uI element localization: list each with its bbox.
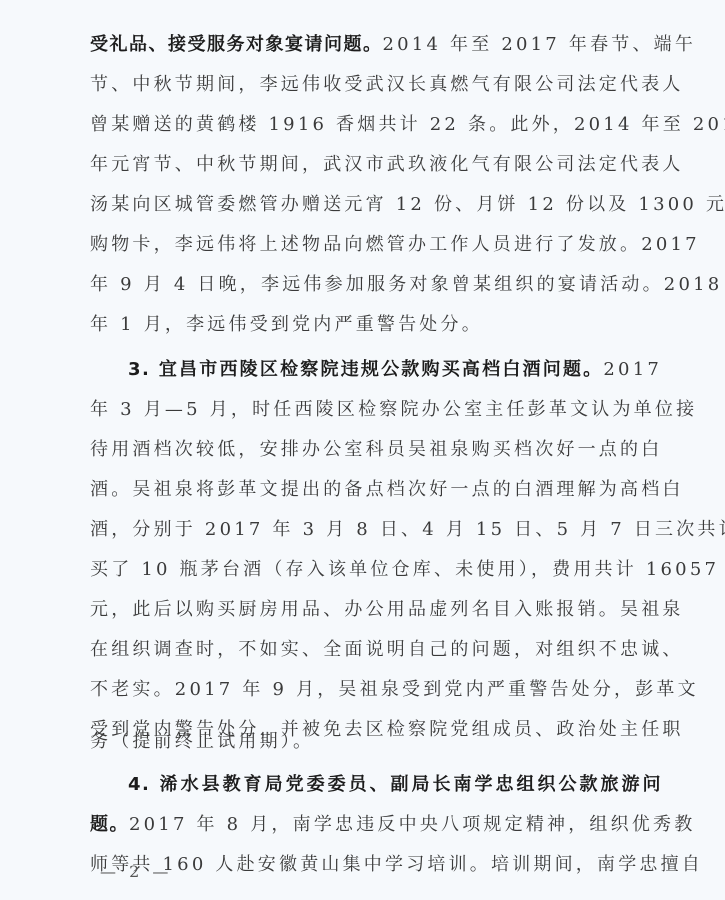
text-line: 购物卡，李远伟将上述物品向燃管办工作人员进行了发放。2017 (90, 225, 662, 265)
page-number: — 2 — (100, 862, 172, 881)
text-line: 3. 宜昌市西陵区检察院违规公款购买高档白酒问题。2017 (90, 350, 662, 390)
text-line: 待用酒档次较低，安排办公室科员吴祖泉购买档次好一点的白 (90, 430, 662, 470)
text-line: 务（提前终止试用期）。 (90, 722, 662, 762)
text-line: 酒。吴祖泉将彭革文提出的备点档次好一点的白酒理解为高档白 (90, 470, 662, 510)
section-heading: 题。 (90, 814, 129, 835)
text-line: 4. 浠水县教育局党委委员、副局长南学忠组织公款旅游问 (90, 765, 662, 805)
text-line: 元，此后以购买厨房用品、办公用品虚列名目入账报销。吴祖泉 (90, 590, 662, 630)
text-line: 不老实。2017 年 9 月，吴祖泉受到党内严重警告处分，彭革文 (90, 670, 662, 710)
text-line: 买了 10 瓶茅台酒（存入该单位仓库、未使用），费用共计 16057 (90, 550, 662, 590)
section-heading: 受礼品、接受服务对象宴请问题。 (90, 34, 383, 55)
text-line: 年元宵节、中秋节期间，武汉市武玖液化气有限公司法定代表人 (90, 145, 662, 185)
text-line: 在组织调查时，不如实、全面说明自己的问题，对组织不忠诚、 (90, 630, 662, 670)
text-line: 年 3 月—5 月，时任西陵区检察院办公室主任彭革文认为单位接 (90, 390, 662, 430)
text-line: 年 9 月 4 日晚，李远伟参加服务对象曾某组织的宴请活动。2018 (90, 265, 662, 305)
text-line: 受礼品、接受服务对象宴请问题。2014 年至 2017 年春节、端午 (90, 25, 662, 65)
text-line: 节、中秋节期间，李远伟收受武汉长真燃气有限公司法定代表人 (90, 65, 662, 105)
text-line: 酒，分别于 2017 年 3 月 8 日、4 月 15 日、5 月 7 日三次共… (90, 510, 662, 550)
section-heading: 3. 宜昌市西陵区检察院违规公款购买高档白酒问题。 (128, 359, 603, 380)
text-line: 师等共 160 人赴安徽黄山集中学习培训。培训期间，南学忠擅自 (90, 845, 662, 885)
text-line: 汤某向区城管委燃管办赠送元宵 12 份、月饼 12 份以及 1300 元 (90, 185, 662, 225)
text-line: 题。2017 年 8 月，南学忠违反中央八项规定精神，组织优秀教 (90, 805, 662, 845)
section-heading: 4. 浠水县教育局党委委员、副局长南学忠组织公款旅游问 (128, 774, 662, 795)
text-line: 年 1 月，李远伟受到党内严重警告处分。 (90, 305, 662, 345)
text-line: 曾某赠送的黄鹤楼 1916 香烟共计 22 条。此外，2014 年至 2015 (90, 105, 662, 145)
